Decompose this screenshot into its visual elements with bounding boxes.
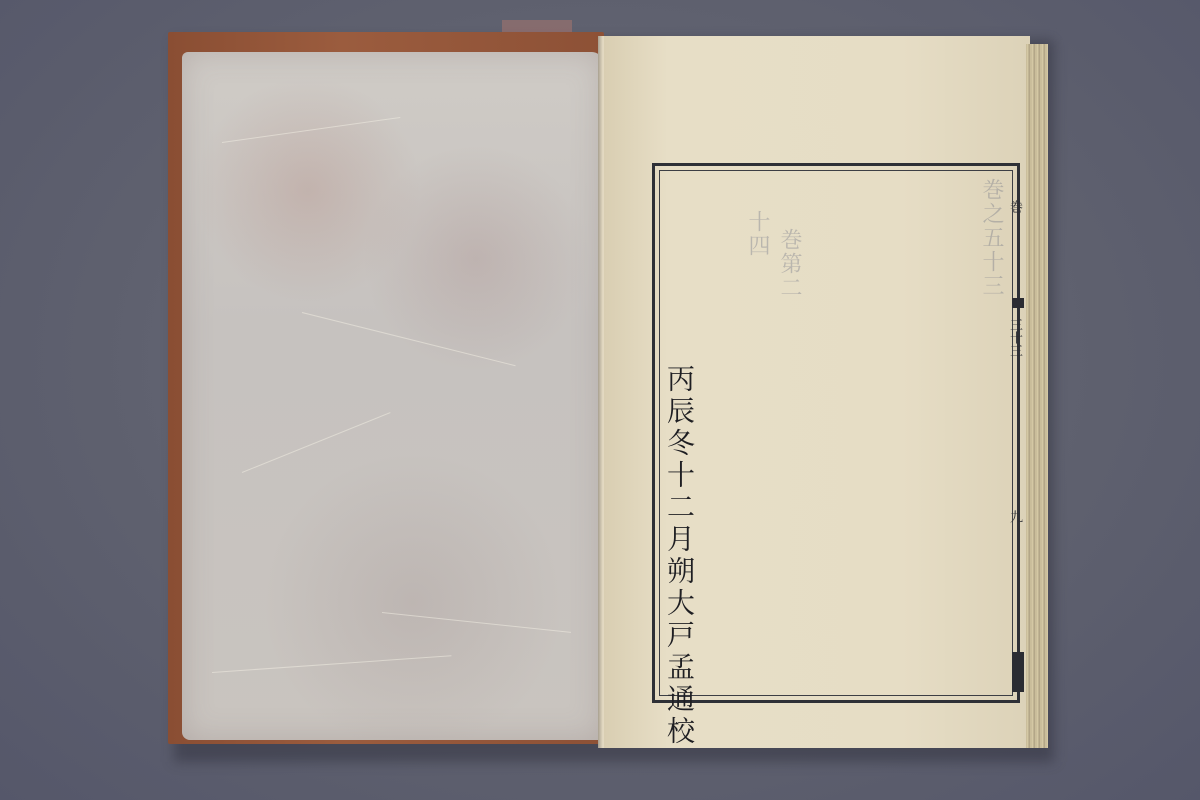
colophon-signature: 大戸孟通校 [663,588,696,748]
fore-edge-label: 巻 [1010,200,1024,213]
show-through-text: 巻之五十三 [976,178,1007,298]
page-edges [1026,44,1048,748]
paper-fiber [382,612,571,633]
handwritten-colophon: 丙辰冬十二月朔大戸孟通校 [664,364,694,748]
paper-fiber [222,117,400,143]
colophon-date: 丙辰冬十二月朔 [663,364,696,588]
fore-edge-label: 三十三 [1010,318,1024,357]
fore-edge-black-mark [1012,652,1024,692]
left-page-tissue-lining [182,52,602,740]
show-through-text: 巻第二 [774,228,805,300]
paper-fiber [242,412,391,473]
paper-fiber [302,312,516,366]
paper-fiber [212,655,451,673]
inner-frame-rule [659,170,1013,696]
fore-edge-label: 九 [1010,510,1024,523]
printed-border-frame [652,163,1020,703]
column-rule [1012,171,1013,695]
show-through-text: 十四 [742,210,773,258]
fore-edge-black-mark [1012,298,1024,308]
